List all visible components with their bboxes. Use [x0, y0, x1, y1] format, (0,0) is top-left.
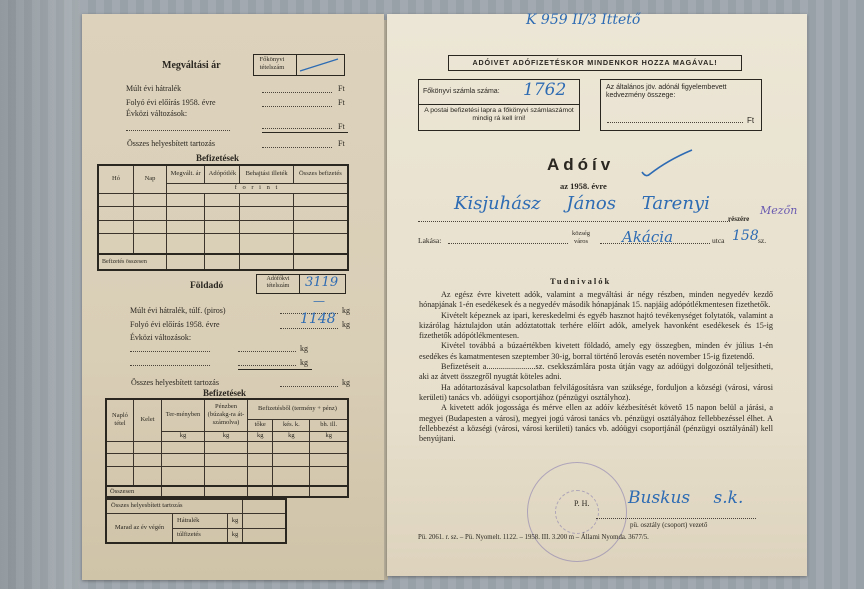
- col-header: Nap: [134, 165, 167, 193]
- check-mark-icon: [298, 57, 342, 73]
- befizetesek-title: Befizetések: [196, 153, 239, 163]
- arrears-label: Hátralék: [173, 513, 228, 528]
- kedvezmeny-box: Az általános jöv. adónál figyelembevett …: [600, 79, 762, 131]
- form-title: Adóív: [547, 155, 614, 175]
- dotted-line: [262, 128, 332, 129]
- signature: Buskus s.k.: [628, 488, 743, 508]
- dotted-line: [607, 122, 743, 123]
- official-stamp-inner: [555, 490, 599, 534]
- megvaltasi-fokonyvi-label: Főkönyvi tételszám: [257, 56, 287, 72]
- foldado-row-label: Múlt évi hátralék, túlf. (piros): [130, 306, 226, 315]
- unit-label: Ft: [338, 84, 345, 93]
- unit-label: kg: [342, 320, 350, 329]
- col-header: Behajtási illeték: [240, 165, 293, 183]
- house-number: 158: [732, 228, 759, 244]
- banner-box: ADÓIVET ADÓFIZETÉSKOR MINDENKOR HOZZA MA…: [448, 55, 742, 71]
- megvaltasi-title: Megváltási ár: [162, 60, 221, 71]
- ph-label: P. H.: [574, 499, 589, 508]
- signer-title: pü. osztály (csoport) vezető: [630, 521, 707, 529]
- year-line: az 1958. évre: [560, 181, 607, 191]
- info-paragraph: Befizetéseit a........................sz…: [419, 362, 773, 383]
- table-row: [106, 467, 348, 486]
- megvaltasi-row-label: Múlt évi hátralék: [126, 84, 181, 93]
- forint-subheader: f o r i n t: [167, 183, 349, 193]
- info-paragraph: Ha adótartozásával kapcsolatban felvilág…: [419, 383, 773, 404]
- col-header: Hó: [98, 165, 134, 193]
- postal-note: A postai befizetési lapra a főkönyvi szá…: [422, 107, 576, 123]
- foldado-title: Földadó: [190, 281, 223, 291]
- col-header: Befizetésből (termény + pénz): [248, 399, 349, 419]
- unit-cell: kg: [273, 431, 310, 441]
- foldado-row-label: Folyó évi előírás 1958. évre: [130, 320, 220, 329]
- dotted-line: [130, 365, 210, 366]
- unit-cell: kg: [205, 431, 248, 441]
- info-paragraph: Kivételt képeznek az ipari, kereskedelmi…: [419, 311, 773, 342]
- col-header: Ter-ményben: [162, 399, 205, 431]
- fokonyvi-szamla-label: Főkönyvi számla száma:: [423, 88, 500, 95]
- total-label: Befizetés összesen: [98, 254, 167, 270]
- foldado-row-label: Összes helyesbített tartozás: [131, 378, 219, 387]
- box-divider: [299, 275, 300, 293]
- info-paragraph: Kivétel továbbá a búzaértékben kivetett …: [419, 341, 773, 362]
- fokonyvi-szamla-value: 1762: [523, 80, 566, 100]
- foldado-fokonyvi-label: Adófőkvi tételszám: [259, 276, 297, 290]
- col-header: Kelet: [134, 399, 162, 441]
- unit-label: kg: [342, 306, 350, 315]
- unit-label: Ft: [747, 116, 754, 125]
- megvaltasi-fokonyvi-box: Főkönyvi tételszám: [253, 54, 345, 76]
- dotted-line: [238, 351, 296, 352]
- handwritten-note: Mezőn: [760, 204, 797, 217]
- col-header: tőke: [248, 419, 273, 431]
- col-header: Megvált. ár: [167, 165, 205, 183]
- handwritten-value: 1148: [300, 311, 336, 327]
- col-header: Pénzben (búzakg-ra át-számolva): [205, 399, 248, 431]
- foldado-row-label: Évközi változások:: [130, 333, 191, 342]
- total-debt-label: Összes helyesbített tartozás: [106, 499, 243, 513]
- street-value: Akácia: [622, 228, 673, 246]
- unit-label: Ft: [338, 139, 345, 148]
- col-header: bh. ill.: [310, 419, 348, 431]
- handwritten-value: —: [313, 294, 325, 308]
- megvaltasi-row-label: Évközi változások:: [126, 109, 187, 118]
- name-line: [418, 221, 730, 222]
- unit-cell: kg: [310, 431, 348, 441]
- table-row: [106, 454, 348, 467]
- box-divider: [296, 55, 297, 75]
- utca-label: utca: [712, 236, 725, 245]
- befizetesek-title: Befizetések: [203, 388, 246, 398]
- unit-cell: kg: [228, 513, 243, 528]
- table-row: [106, 441, 348, 454]
- kozseg-label: község: [572, 230, 590, 237]
- unit-label: Ft: [338, 122, 345, 131]
- unit-label: Ft: [338, 98, 345, 107]
- dotted-line: [130, 351, 210, 352]
- year-end-label: Marad az év végén: [106, 513, 173, 543]
- varos-label: város: [574, 238, 588, 245]
- taxpayer-name: Kisjuhász János Tarenyi: [454, 193, 710, 214]
- remaining-table: Összes helyesbített tartozás Marad az év…: [105, 498, 287, 544]
- lakasa-label: Lakása:: [418, 236, 441, 245]
- col-header: Adópótlék: [205, 165, 240, 183]
- dotted-line: [262, 106, 332, 107]
- banner-text: ADÓIVET ADÓFIZETÉSKOR MINDENKOR HOZZA MA…: [449, 58, 741, 67]
- reszere-label: részére: [728, 215, 749, 223]
- table-row: [98, 207, 348, 221]
- dotted-line: [262, 92, 332, 93]
- foldado-fokonyvi-box: Adófőkvi tételszám 3119: [256, 274, 346, 294]
- print-footer: Pü. 2061. r. sz. – Pü. Nyomelt. 1122. – …: [418, 534, 649, 541]
- befizetesek-table-2: Napló tétel Kelet Ter-ményben Pénzben (b…: [105, 398, 349, 498]
- info-paragraphs: Az egész évre kivetett adók, valamint a …: [419, 290, 773, 444]
- check-mark-icon: [640, 148, 695, 182]
- dotted-line: [280, 386, 338, 387]
- col-header: kés. k.: [273, 419, 310, 431]
- dotted-line: [280, 328, 338, 329]
- unit-cell: kg: [248, 431, 273, 441]
- overpayment-label: túlfizetés: [173, 528, 228, 543]
- megvaltasi-row-label: Folyó évi előírás 1958. évre: [126, 98, 216, 107]
- dotted-line: [448, 243, 568, 244]
- table-row: [98, 220, 348, 234]
- unit-cell: kg: [228, 528, 243, 543]
- dotted-line: [262, 147, 332, 148]
- info-paragraph: Az egész évre kivetett adók, valamint a …: [419, 290, 773, 311]
- unit-label: kg: [300, 344, 308, 353]
- info-paragraph: A kivetett adók jogossága és mérve ellen…: [419, 403, 773, 444]
- dotted-line: [238, 365, 296, 366]
- fokonyvi-szamla-box: Főkönyvi számla száma: 1762 A postai bef…: [418, 79, 580, 131]
- tudnivalok-title: Tudnivalók: [550, 276, 611, 286]
- handwritten-archive-note: K 959 II/3 Ittető: [526, 12, 640, 28]
- col-header: Napló tétel: [106, 399, 134, 441]
- table-row: [98, 234, 348, 254]
- unit-label: kg: [300, 358, 308, 367]
- box-divider: [419, 104, 579, 105]
- sum-line: [238, 369, 312, 370]
- kedvezmeny-label: Az általános jöv. adónál figyelembevett …: [606, 84, 756, 100]
- unit-label: kg: [342, 378, 350, 387]
- foldado-fokonyvi-value: 3119: [305, 275, 338, 290]
- befizetesek-table-1: Hó Nap Megvált. ár Adópótlék Behajtási i…: [97, 164, 349, 271]
- sum-line: [262, 132, 348, 133]
- total-label: Összesen: [106, 486, 162, 497]
- unit-cell: kg: [162, 431, 205, 441]
- signature-line: [596, 518, 756, 519]
- megvaltasi-row-label: Összes helyesbített tartozás: [127, 139, 215, 148]
- sz-label: sz.: [758, 236, 766, 245]
- col-header: Összes befizetés: [293, 165, 348, 183]
- dotted-line: [126, 130, 230, 131]
- table-row: [98, 193, 348, 207]
